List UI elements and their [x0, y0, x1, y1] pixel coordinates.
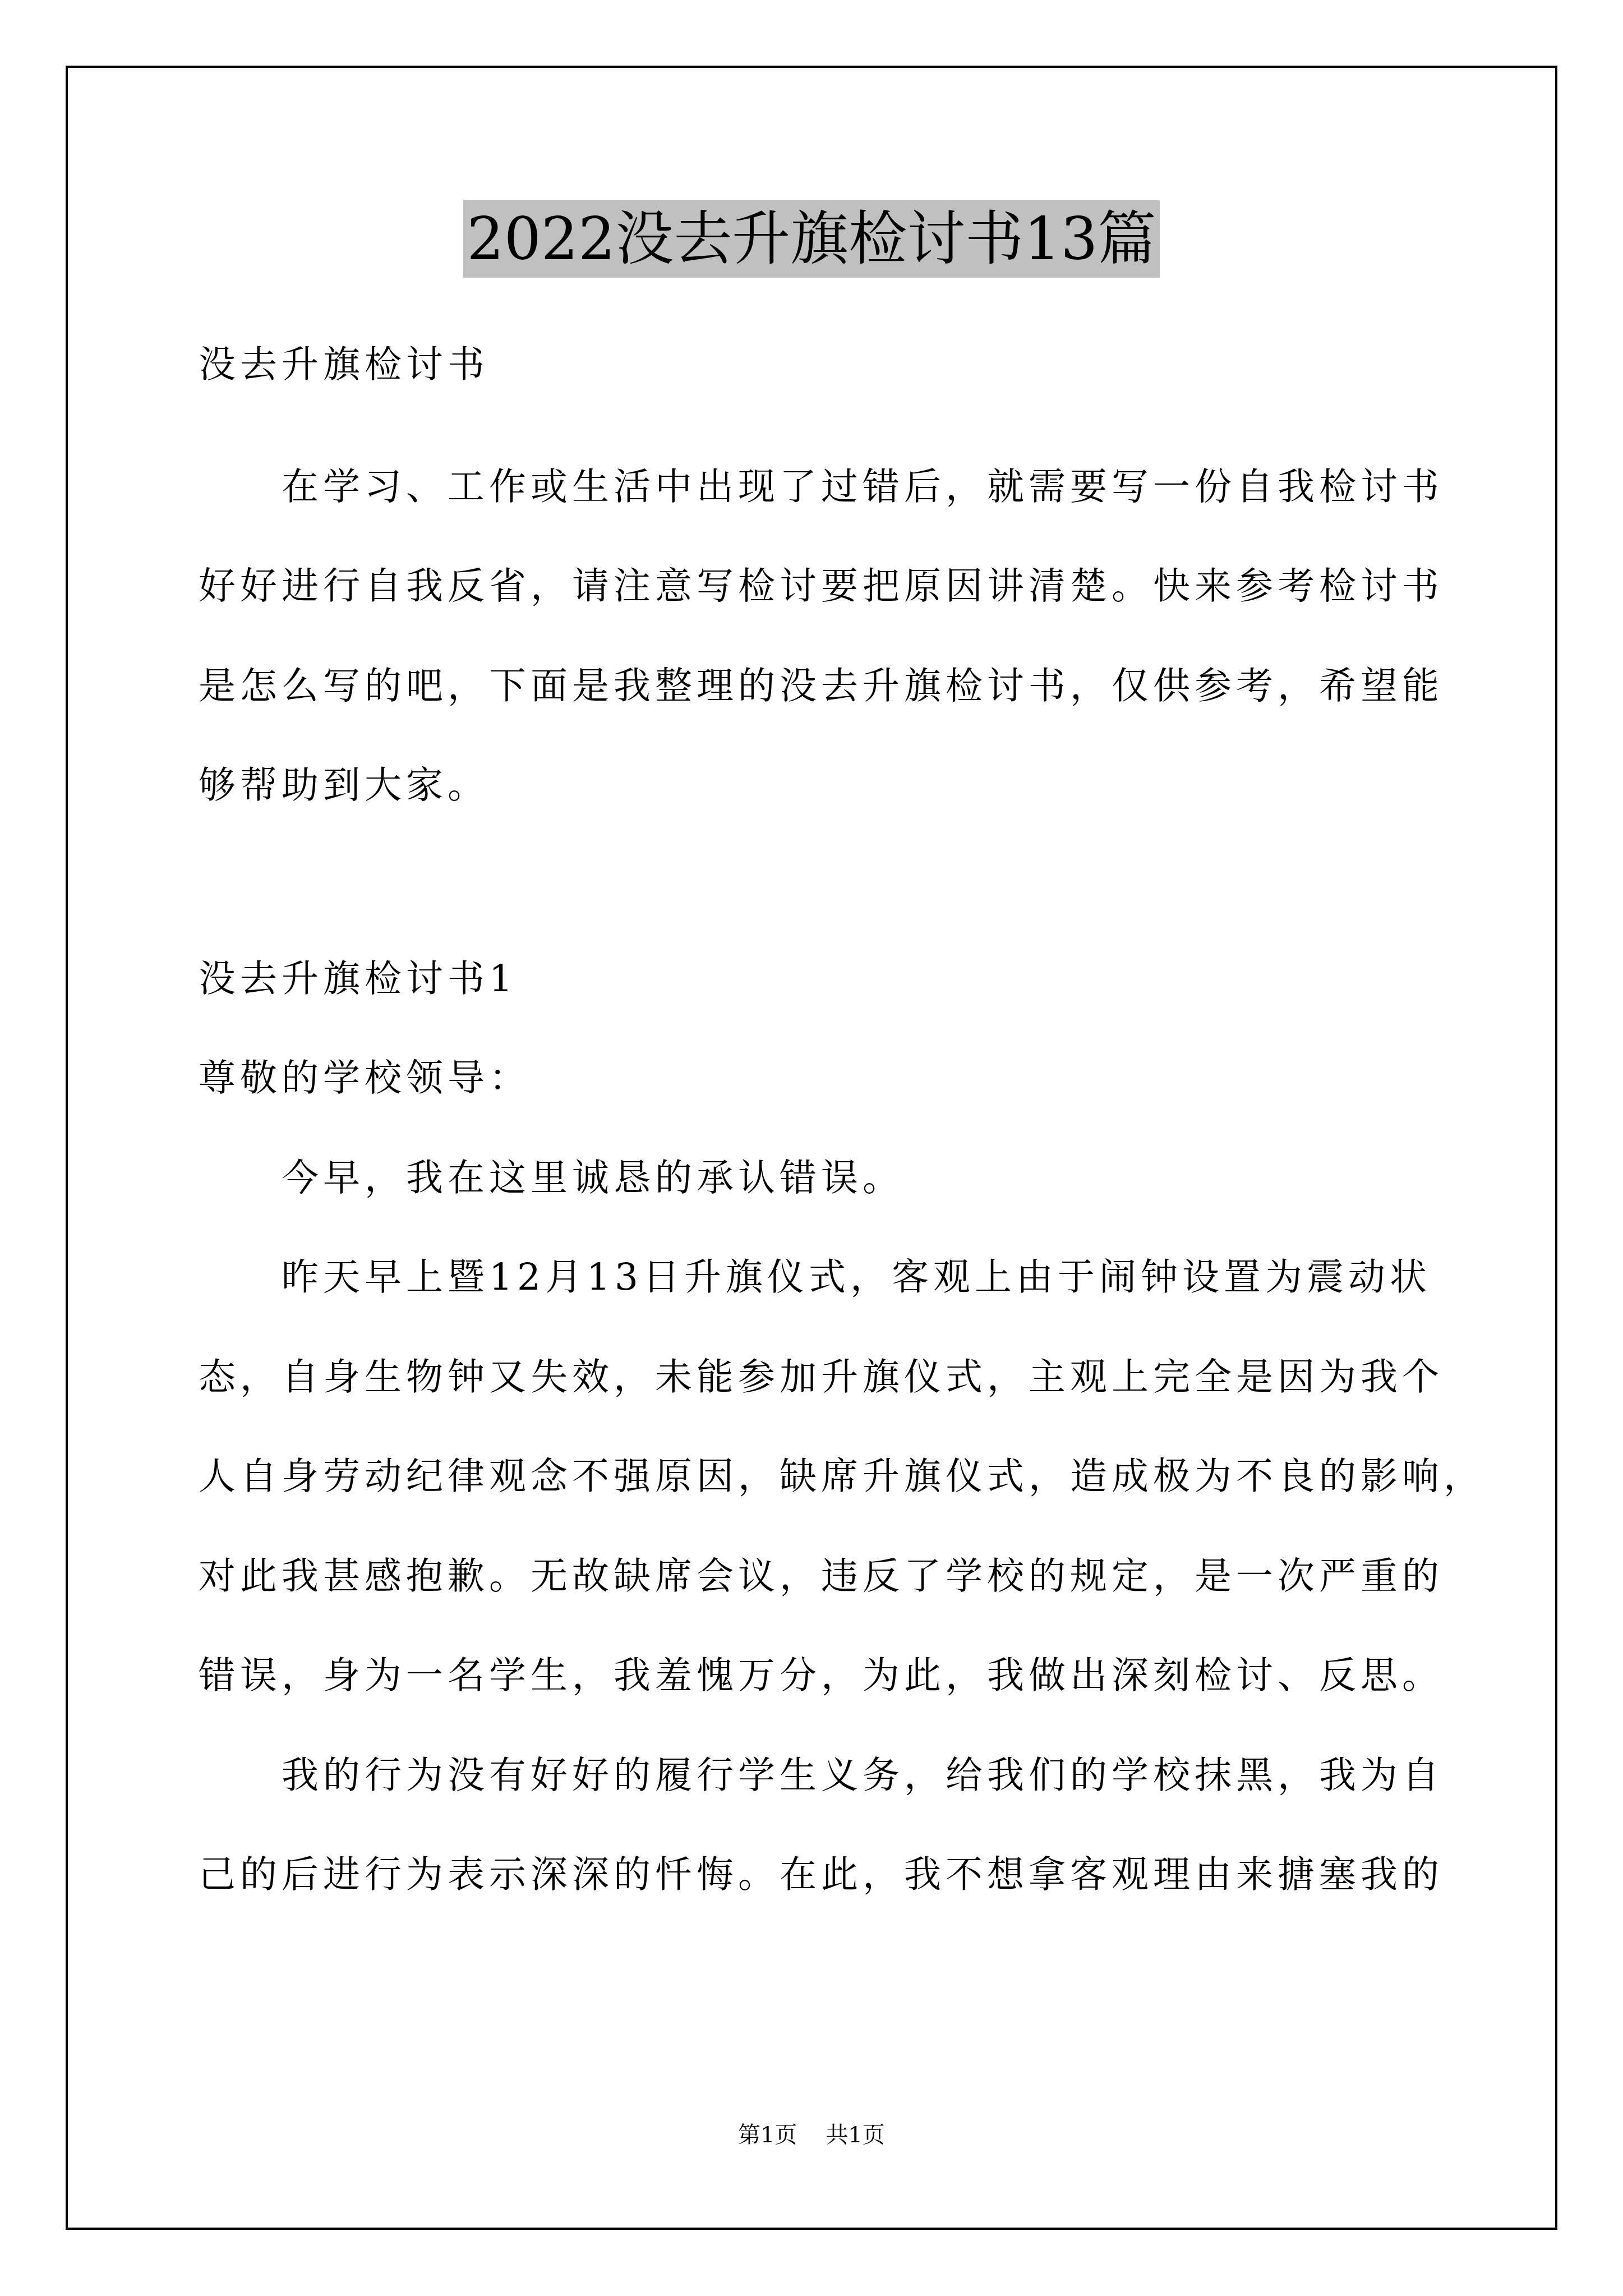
- title-container: 2022没去升旗检讨书13篇: [0, 200, 1623, 278]
- page-footer: 第1页 共1页: [0, 2119, 1623, 2151]
- intro-line-2: 好好进行自我反省，请注意写检讨要把原因讲清楚。快来参考检讨书: [199, 561, 1444, 611]
- paragraph-2-line-4: 对此我甚感抱歉。无故缺席会议，违反了学校的规定，是一次严重的: [199, 1551, 1444, 1602]
- salutation: 尊敬的学校领导：: [199, 1053, 531, 1103]
- intro-line-4: 够帮助到大家。: [199, 760, 489, 811]
- article-1-heading: 没去升旗检讨书1: [199, 954, 517, 1004]
- intro-line-1: 在学习、工作或生活中出现了过错后，就需要写一份自我检讨书: [282, 462, 1444, 512]
- section-heading: 没去升旗检讨书: [199, 339, 489, 390]
- paragraph-3-line-1: 我的行为没有好好的履行学生义务，给我们的学校抹黑，我为自: [282, 1750, 1444, 1801]
- intro-line-3: 是怎么写的吧，下面是我整理的没去升旗检讨书，仅供参考，希望能: [199, 661, 1444, 711]
- paragraph-1-line-1: 今早，我在这里诚恳的承认错误。: [282, 1153, 904, 1203]
- document-title: 2022没去升旗检讨书13篇: [463, 200, 1159, 278]
- paragraph-2-line-3: 人自身劳动纪律观念不强原因，缺席升旗仪式，造成极为不良的影响，: [199, 1451, 1485, 1502]
- paragraph-2-line-1: 昨天早上暨12月13日升旗仪式，客观上由于闹钟设置为震动状: [282, 1252, 1431, 1303]
- paragraph-2-line-2: 态，自身生物钟又失效，未能参加升旗仪式，主观上完全是因为我个: [199, 1352, 1444, 1402]
- paragraph-2-line-5: 错误，身为一名学生，我羞愧万分，为此，我做出深刻检讨、反思。: [199, 1650, 1444, 1701]
- paragraph-3-line-2: 己的后进行为表示深深的忏悔。在此，我不想拿客观理由来搪塞我的: [199, 1849, 1444, 1900]
- page-border: [66, 66, 1557, 2230]
